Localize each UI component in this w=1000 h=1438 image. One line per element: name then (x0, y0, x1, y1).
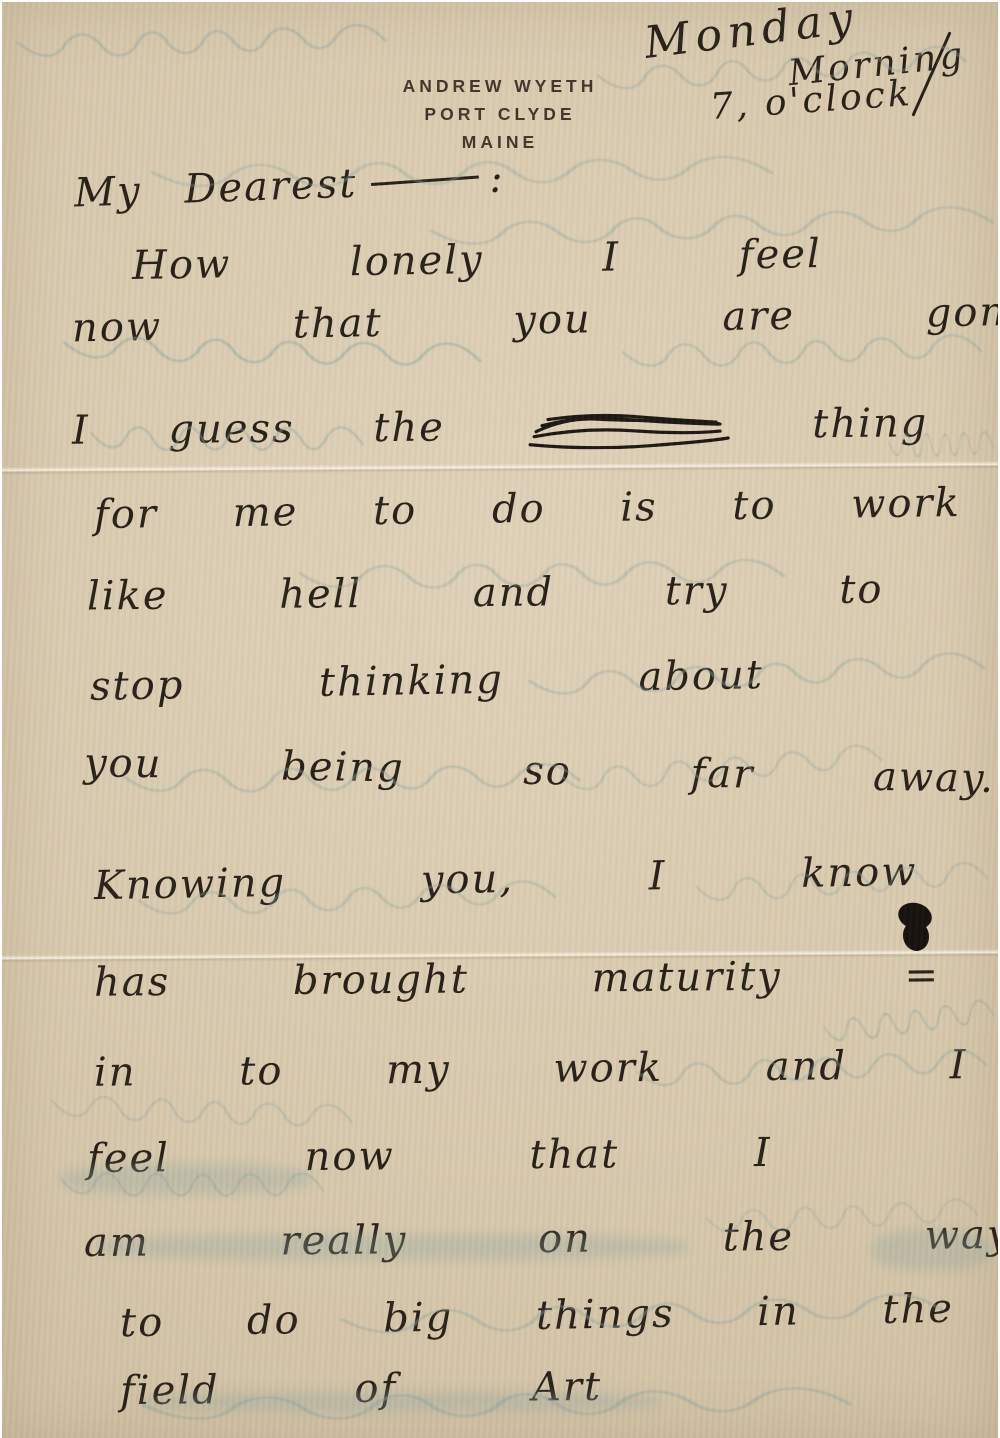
salutation-dash (371, 175, 479, 186)
letter-page: ANDREW WYETH PORT CLYDE MAINE Monday Mor… (2, 2, 998, 1438)
body-line: has brought maturity = (94, 954, 940, 1003)
body-line: am really on the way (84, 1214, 998, 1264)
body-line: field of Art (120, 1366, 602, 1412)
body-line-with-scribble: I guess the thing (72, 398, 929, 453)
fold-crease (2, 461, 998, 475)
body-line: like hell and try to (87, 569, 884, 618)
body-line: now that you are gone (72, 291, 998, 350)
body-line: for me to do is to work (94, 482, 961, 536)
body-line: in to my work and I (94, 1044, 968, 1094)
bleed-through-stroke (11, 10, 393, 75)
body-line: stop thinking about (90, 654, 765, 708)
body-line: Knowing you, I know (94, 851, 918, 907)
salutation-colon: : (488, 155, 505, 202)
letterhead-state: MAINE (2, 128, 998, 156)
salutation: My Dearest: (73, 157, 505, 214)
body-line: you being so far away. (84, 742, 996, 800)
scribbled-out-word (527, 400, 729, 450)
body-line-pre: I guess the (72, 404, 445, 453)
body-line: How lonely I feel (132, 233, 822, 287)
body-line-post: thing (812, 400, 928, 447)
salutation-text: My Dearest (73, 161, 358, 217)
body-line: feel now that I (87, 1132, 772, 1180)
ink-blot (895, 898, 937, 958)
body-line: to do big things in the (120, 1288, 955, 1345)
